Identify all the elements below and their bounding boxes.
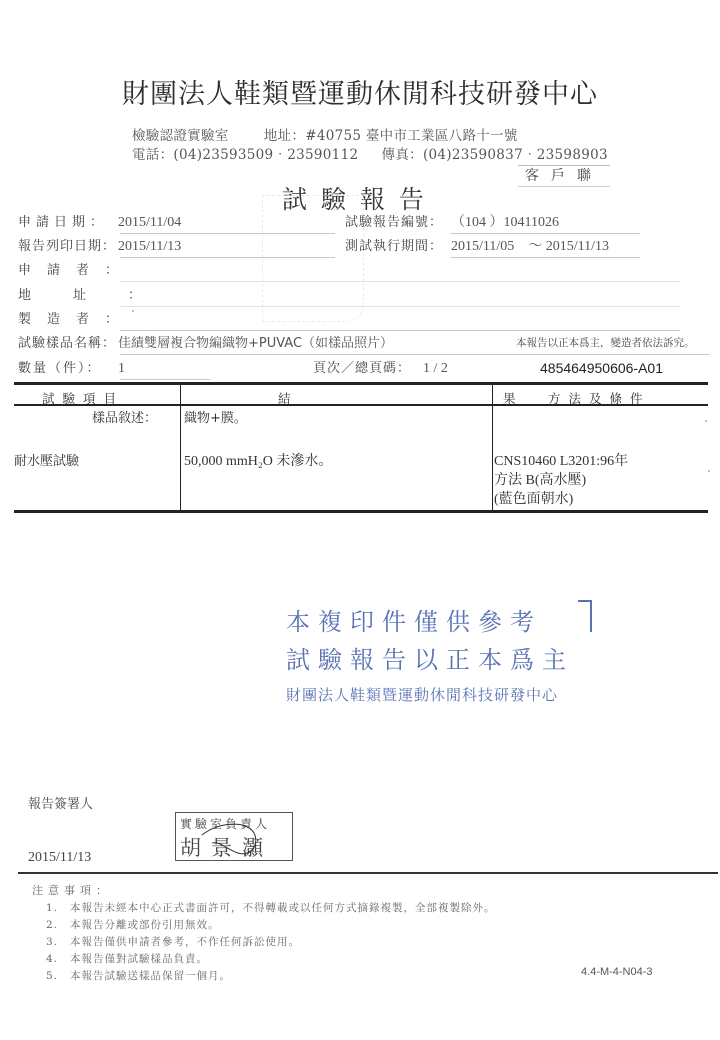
table-header-method: 方法及條件 bbox=[548, 389, 651, 407]
address-label: 地址： bbox=[264, 128, 305, 144]
lab-address-line: 檢驗認證實驗室 地址：#40755 臺中市工業區八路十一號 bbox=[132, 124, 518, 144]
signature-seal: 實驗室負責人 胡景灝 bbox=[175, 812, 293, 861]
signature-scribble-icon bbox=[176, 813, 292, 860]
copy-reference-stamp: 本複印件僅供參考 試驗報告以正本爲主 財團法人鞋類暨運動休閒科技研發中心 bbox=[282, 598, 602, 710]
field-page: 頁次／總頁碼：1 / 2 bbox=[313, 357, 448, 381]
field-print-date: 報告列印日期：2015/11/13 bbox=[18, 235, 181, 259]
sample-name-value: 佳績雙層複合物編織物+PUVAC（如樣品照片） bbox=[118, 332, 393, 356]
organization-title: 財團法人鞋類暨運動休閒科技研發中心 bbox=[0, 72, 720, 111]
table-row-1-method-line1: CNS10460 L3201:96年 bbox=[494, 452, 628, 471]
signatory-label: 報告簽署人 bbox=[28, 793, 93, 812]
field-sample-name: 試驗樣品名稱：佳績雙層複合物編織物+PUVAC（如樣品照片） bbox=[18, 332, 393, 356]
note-item: 5.本報告試驗送樣品保留一個月。 bbox=[46, 968, 231, 983]
table-row-0-result: 織物+膜。 bbox=[184, 409, 247, 428]
note-item: 4.本報告僅對試驗樣品負責。 bbox=[46, 951, 208, 966]
sample-name-label: 試驗樣品名稱： bbox=[18, 332, 118, 356]
table-bottom-rule bbox=[14, 510, 708, 513]
field-apply-date: 申請日期：2015/11/04 bbox=[18, 211, 181, 235]
note-item: 1.本報告未經本中心正式書面許可，不得轉載或以任何方式摘錄複製，全部複製除外。 bbox=[46, 900, 496, 915]
apply-date-value: 2015/11/04 bbox=[118, 211, 181, 235]
field-quantity: 數量（件）：1 bbox=[18, 357, 125, 381]
phone-label: 電話： bbox=[132, 147, 173, 163]
field-test-period: 測試執行期間：2015/11/05 ～ 2015/11/13 bbox=[345, 235, 609, 259]
phone-number: (04)23593509‧23590112 bbox=[173, 147, 358, 163]
test-period-value: 2015/11/05 ～ 2015/11/13 bbox=[451, 235, 609, 259]
page-label: 頁次／總頁碼： bbox=[313, 357, 423, 381]
quantity-label: 數量（件）： bbox=[18, 357, 118, 381]
field-address: 地址： bbox=[18, 284, 118, 308]
signature-date: 2015/11/13 bbox=[28, 850, 91, 866]
stamp-line-1: 本複印件僅供參考 bbox=[286, 602, 542, 637]
note-item: 2.本報告分離或部份引用無效。 bbox=[46, 917, 220, 932]
print-date-label: 報告列印日期： bbox=[18, 235, 118, 259]
field-applicant: 申請者： bbox=[18, 259, 118, 283]
table-header-item: 試驗項目 bbox=[42, 389, 124, 407]
notes-title: 注意事項： bbox=[32, 882, 112, 898]
apply-date-label: 申請日期： bbox=[18, 211, 118, 235]
fax-number: (04)23590837‧23598903 bbox=[423, 147, 608, 163]
lab-name: 檢驗認證實驗室 bbox=[132, 128, 229, 144]
lab-address: #40755 臺中市工業區八路十一號 bbox=[305, 128, 517, 144]
contact-line: 電話：(04)23593509‧23590112 傳真：(04)23590837… bbox=[132, 143, 608, 163]
table-top-rule bbox=[14, 382, 708, 385]
fax-label: 傳真： bbox=[382, 147, 423, 163]
address-field-label: 地址： bbox=[18, 284, 118, 308]
form-code: 4.4-M-4-N04-3 bbox=[581, 966, 653, 978]
test-period-label: 測試執行期間： bbox=[345, 235, 451, 259]
applicant-label: 申請者： bbox=[18, 259, 118, 283]
stamp-line-3: 財團法人鞋類暨運動休閒科技研發中心 bbox=[286, 684, 558, 705]
report-no-value: （104 ）10411026 bbox=[451, 211, 559, 235]
table-row-0-item: 樣品敘述： bbox=[92, 409, 157, 428]
field-manufacturer: 製造者： bbox=[18, 308, 118, 332]
footer-rule bbox=[18, 872, 718, 874]
table-row-1-method-line3: (藍色面朝水) bbox=[494, 490, 573, 509]
table-row-1-result: 50,000 mmH₂O 未滲水。 bbox=[184, 452, 332, 471]
field-report-no: 試驗報告編號：（104 ）10411026 bbox=[345, 211, 559, 235]
print-date-value: 2015/11/13 bbox=[118, 235, 181, 259]
page-value: 1 / 2 bbox=[423, 357, 448, 381]
stamp-line-2: 試驗報告以正本爲主 bbox=[286, 640, 574, 675]
quantity-value: 1 bbox=[118, 357, 125, 381]
table-row-1-item: 耐水壓試驗 bbox=[14, 452, 79, 471]
table-row-1-method-line2: 方法 B(高水壓) bbox=[494, 471, 586, 490]
serial-number: 485464950606-A01 bbox=[540, 360, 663, 376]
report-no-label: 試驗報告編號： bbox=[345, 211, 451, 235]
original-copy-notice: 本報告以正本爲主，變造者依法訴究。 bbox=[516, 335, 695, 350]
table-col-divider bbox=[180, 384, 181, 511]
manufacturer-label: 製造者： bbox=[18, 308, 118, 332]
note-item: 3.本報告僅供申請者參考，不作任何訴訟使用。 bbox=[46, 934, 300, 949]
stamp-frame-corner bbox=[578, 600, 592, 632]
